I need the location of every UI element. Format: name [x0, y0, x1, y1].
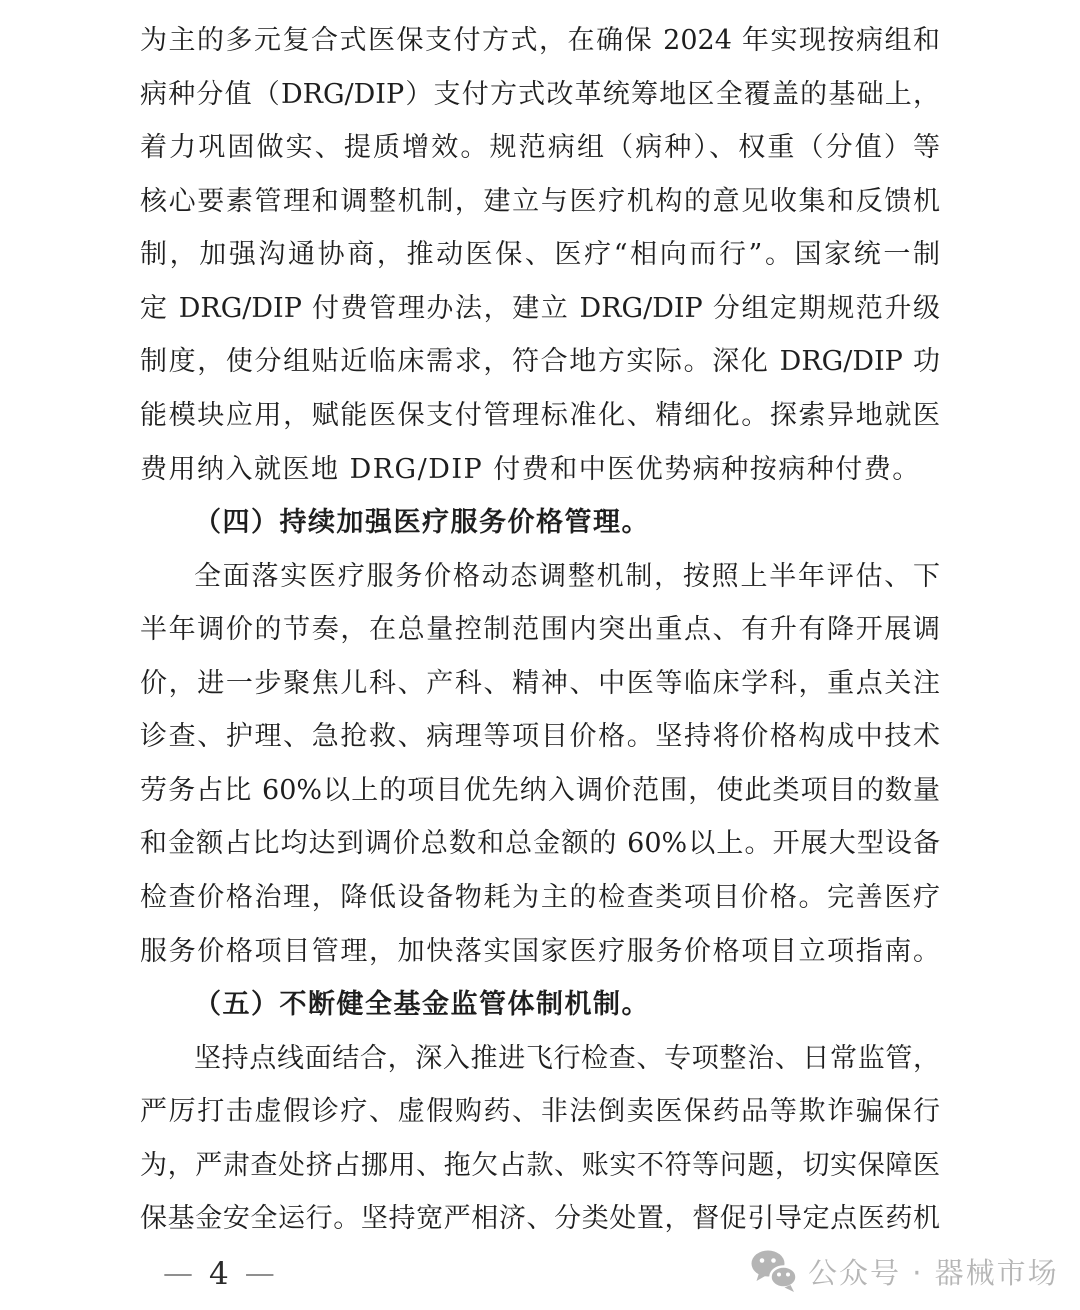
text-line: 着力巩固做实、提质增效。规范病组（病种）、权重（分值）等: [140, 121, 940, 175]
text-line: 价，进一步聚焦儿科、产科、精神、中医等临床学科，重点关注: [140, 657, 940, 711]
text-line: 诊查、护理、急抢救、病理等项目价格。坚持将价格构成中技术: [140, 710, 940, 764]
text-line: 和金额占比均达到调价总数和总金额的 60%以上。开展大型设备: [140, 817, 940, 871]
text-line: 病种分值（DRG/DIP）支付方式改革统筹地区全覆盖的基础上，: [140, 68, 940, 122]
text-line: 劳务占比 60%以上的项目优先纳入调价范围，使此类项目的数量: [140, 764, 940, 818]
page-number-value: 4: [209, 1256, 229, 1292]
text-line: 定 DRG/DIP 付费管理办法，建立 DRG/DIP 分组定期规范升级: [140, 282, 940, 336]
text-line: 能模块应用，赋能医保支付管理标准化、精细化。探索异地就医: [140, 389, 940, 443]
text-line: 为主的多元复合式医保支付方式，在确保 2024 年实现按病组和: [140, 14, 940, 68]
text-line: 全面落实医疗服务价格动态调整机制，按照上半年评估、下: [140, 550, 940, 604]
section-heading: （四）持续加强医疗服务价格管理。: [140, 496, 940, 550]
page-number-dash: —: [245, 1259, 275, 1289]
document-body: 为主的多元复合式医保支付方式，在确保 2024 年实现按病组和 病种分值（DRG…: [140, 14, 940, 1246]
text-line: 检查价格治理，降低设备物耗为主的检查类项目价格。完善医疗: [140, 871, 940, 925]
page-number: — 4 —: [163, 1252, 275, 1296]
text-line: 费用纳入就医地 DRG/DIP 付费和中医优势病种按病种付费。: [140, 443, 940, 497]
text-line: 坚持点线面结合，深入推进飞行检查、专项整治、日常监管，: [140, 1032, 940, 1086]
text-line: 半年调价的节奏，在总量控制范围内突出重点、有升有降开展调: [140, 603, 940, 657]
document-page: 为主的多元复合式医保支付方式，在确保 2024 年实现按病组和 病种分值（DRG…: [0, 0, 1080, 1310]
text-line: 服务价格项目管理，加快落实国家医疗服务价格项目立项指南。: [140, 925, 940, 979]
text-line: 制度，使分组贴近临床需求，符合地方实际。深化 DRG/DIP 功: [140, 335, 940, 389]
text-line: 核心要素管理和调整机制，建立与医疗机构的意见收集和反馈机: [140, 175, 940, 229]
page-number-dash: —: [163, 1259, 193, 1289]
text-line: 保基金安全运行。坚持宽严相济、分类处置，督促引导定点医药机: [140, 1192, 940, 1246]
text-line: 为，严肃查处挤占挪用、拖欠占款、账实不符等问题，切实保障医: [140, 1139, 940, 1193]
text-line: 严厉打击虚假诊疗、虚假购药、非法倒卖医保药品等欺诈骗保行: [140, 1085, 940, 1139]
watermark: 公众号 · 器械市场: [750, 1246, 1059, 1296]
watermark-label: 公众号 · 器械市场: [808, 1251, 1059, 1292]
wechat-icon: [750, 1249, 798, 1293]
section-heading: （五）不断健全基金监管体制机制。: [140, 978, 940, 1032]
text-line: 制，加强沟通协商，推动医保、医疗“相向而行”。国家统一制: [140, 228, 940, 282]
